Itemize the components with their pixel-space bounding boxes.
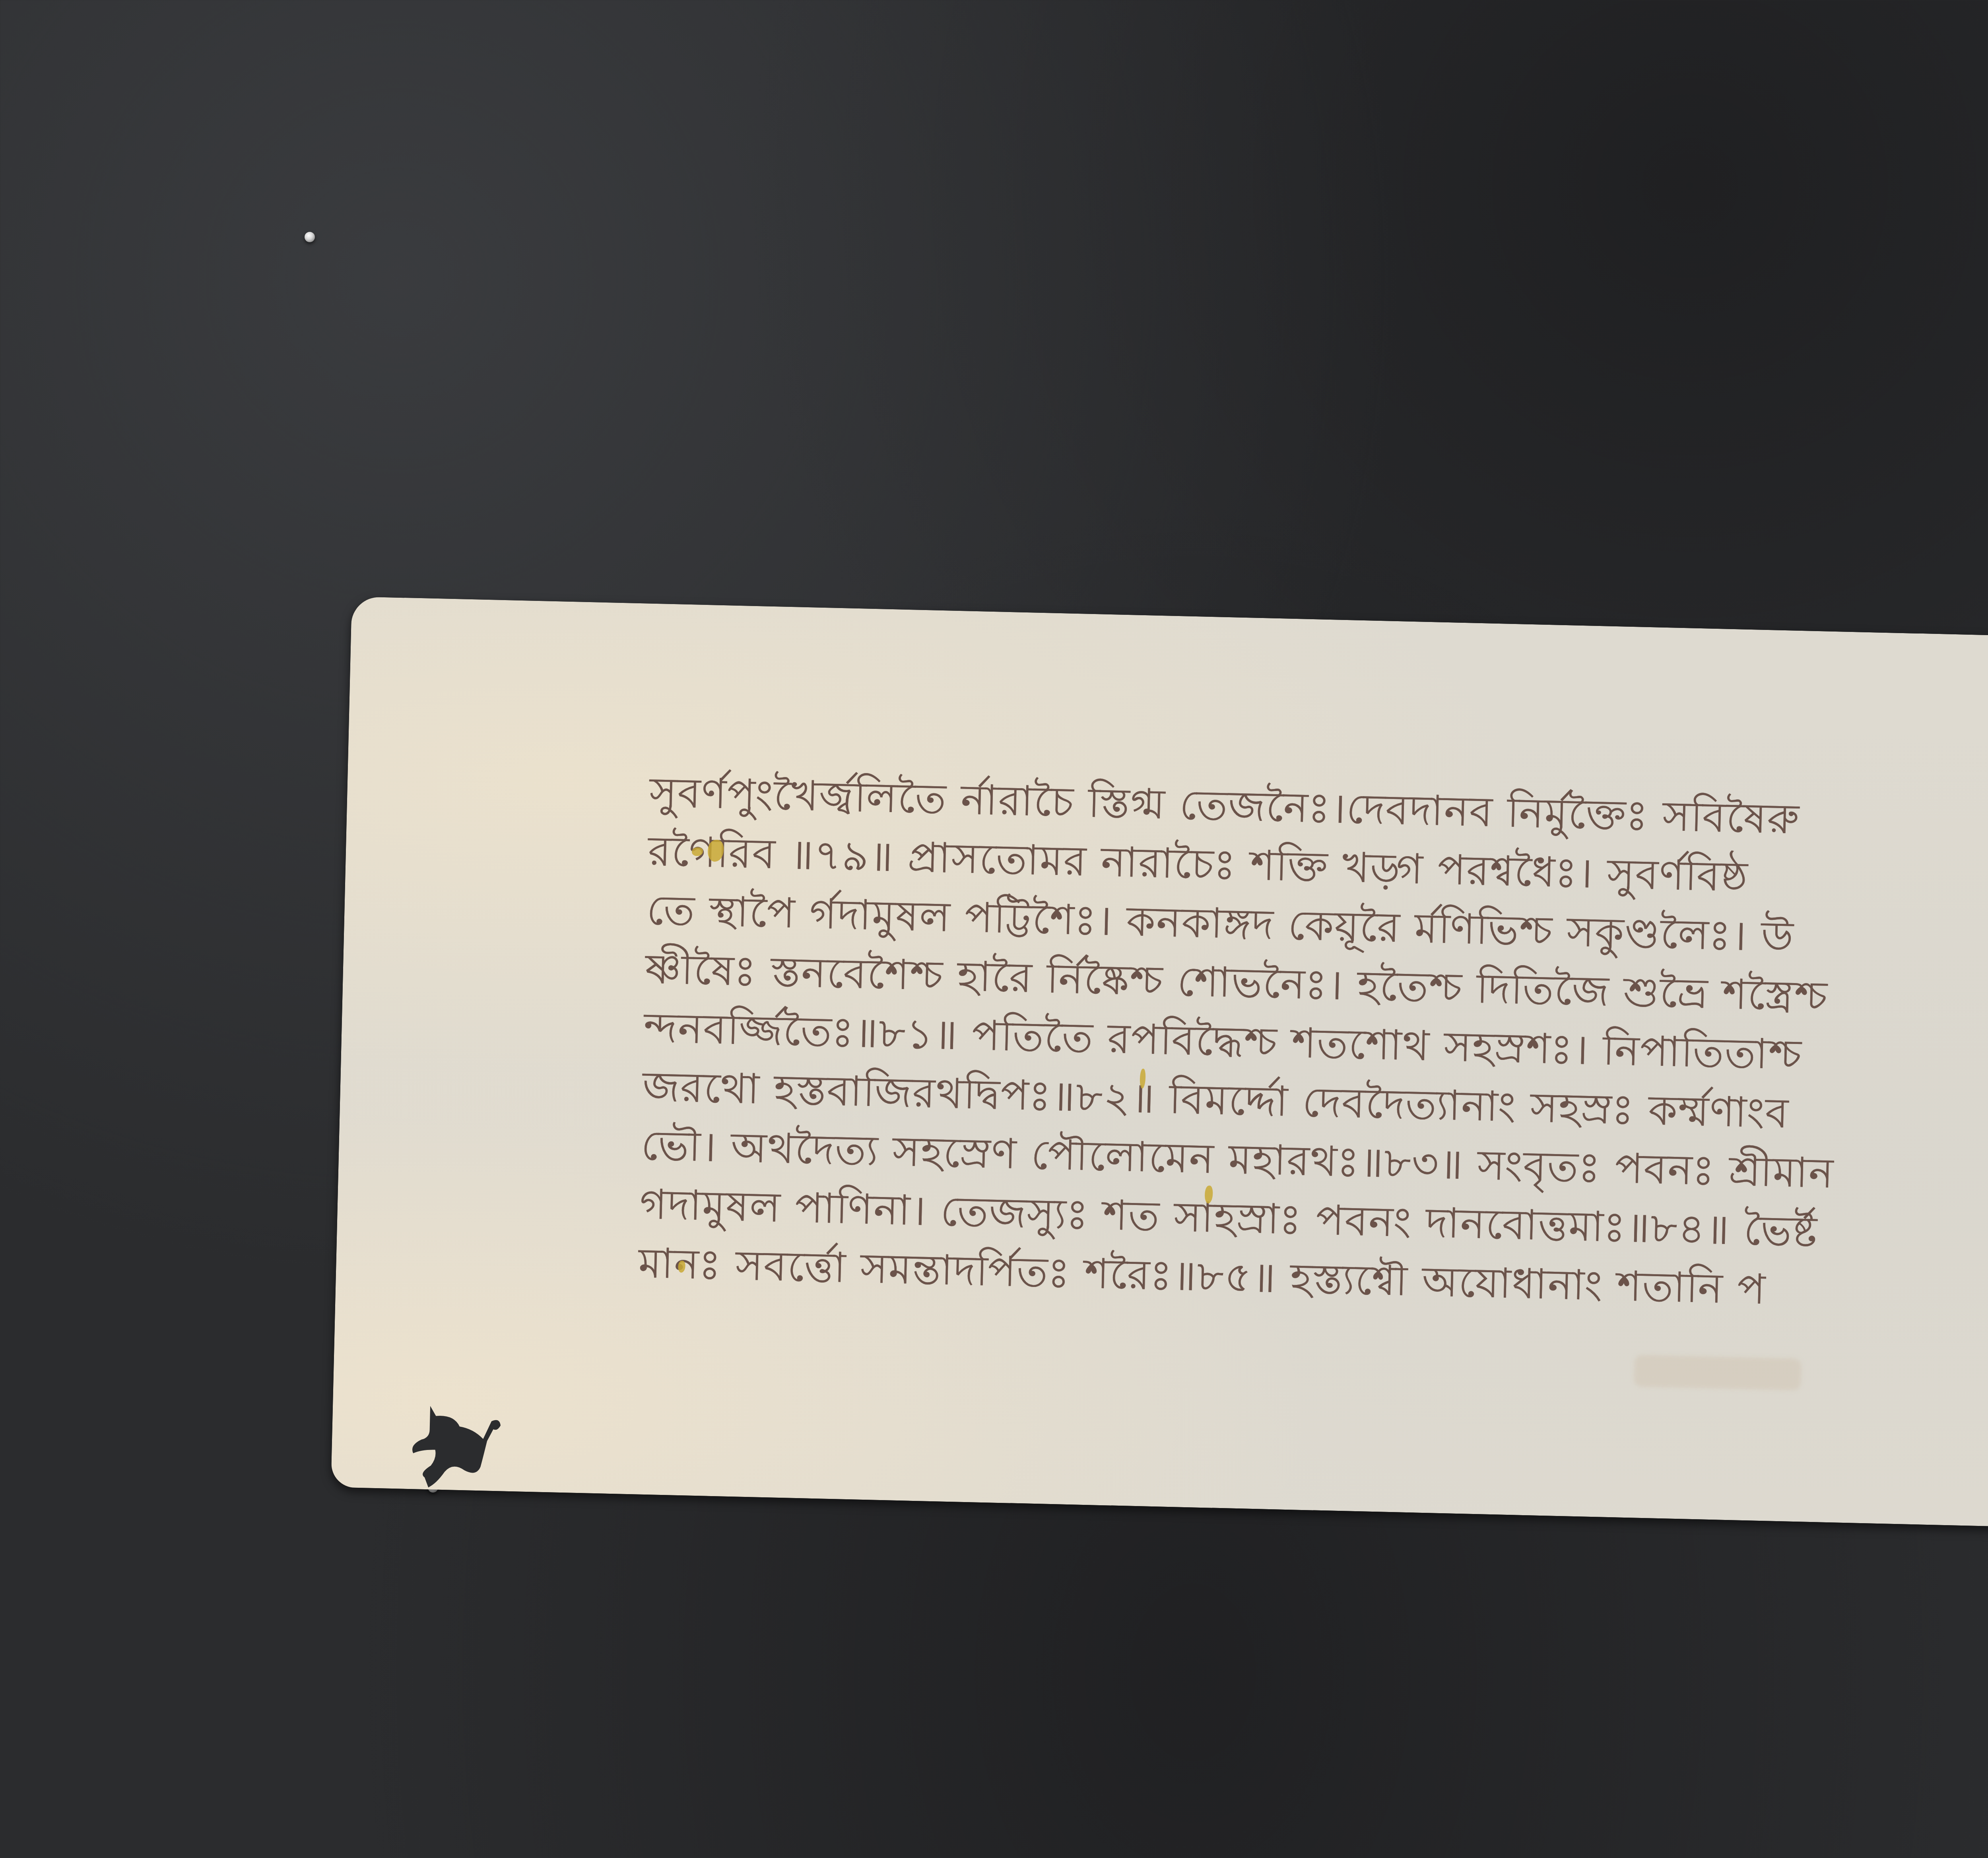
damage-hole (396, 1401, 502, 1491)
manuscript-text: সুবর্ণপুংখৈর্জ্বলিতৈ র্নারাচৈ স্তিগ্ম তে… (638, 763, 1988, 1332)
pin-top-left (305, 232, 315, 242)
faint-show-through-mark (1634, 1355, 1802, 1391)
manuscript-folio: সুবর্ণপুংখৈর্জ্বলিতৈ র্নারাচৈ স্তিগ্ম তে… (331, 597, 1988, 1538)
damage-hole-shape (396, 1401, 502, 1491)
